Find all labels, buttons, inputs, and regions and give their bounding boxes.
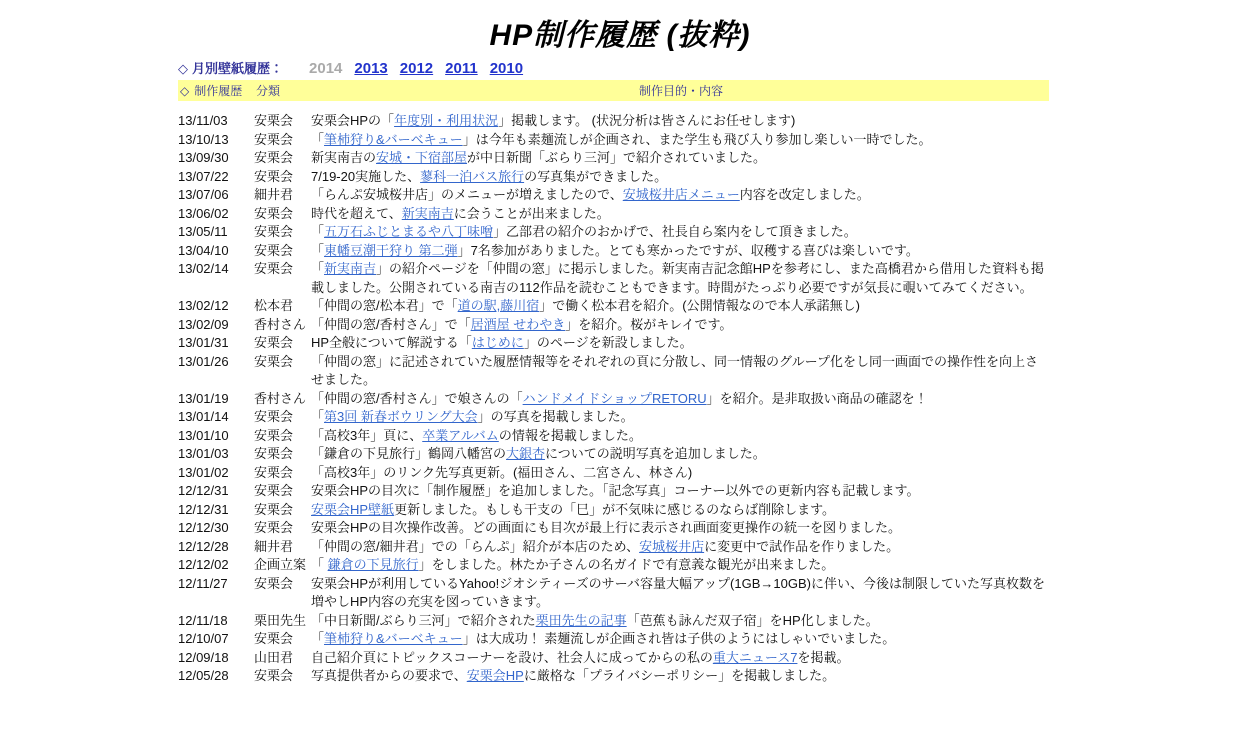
row-category: 安栗会 [254,112,311,131]
history-row: 13/01/31安栗会HP全般について解説する「はじめに」のページを新設しました… [178,334,1049,353]
row-date: 12/10/07 [178,630,254,649]
content-text: 」掲載します。 (状況分析は皆さんにお任せします) [498,113,795,128]
row-date: 13/01/03 [178,445,254,464]
content-link[interactable]: 東幡豆潮干狩り 第二弾 [324,243,458,258]
content-link[interactable]: 安栗会HP [467,668,524,683]
content-text: 「 [311,224,324,239]
history-row: 13/05/11安栗会「五万石ふじとまるや八丁味噌」乙部君の紹介のおかげで、社長… [178,223,1049,242]
content-text: に厳格な「プライバシーポリシー」を掲載しました。 [524,668,835,683]
row-content: 写真提供者からの要求で、安栗会HPに厳格な「プライバシーポリシー」を掲載しました… [311,667,1049,686]
content-text: 」で働く松本君を紹介。(公開情報なので本人承諾無し) [539,298,860,313]
row-category: 安栗会 [254,131,311,150]
content-text: HP全般について解説する「 [311,335,472,350]
row-category: 安栗会 [254,427,311,446]
content-text: 「らんぷ安城桜井店」のメニューが増えましたので、 [311,187,623,202]
content-link[interactable]: 重大ニュース7 [713,650,798,665]
content-text: 安栗会HPの目次操作改善。どの画面にも目次が最上行に表示され画面変更操作の統一を… [311,520,901,535]
row-content: 「 鎌倉の下見旅行」をしました。林たか子さんの名ガイドで有意義な観光が出来ました… [311,556,1049,575]
row-date: 13/01/26 [178,353,254,372]
category-header-cell: 分類 [256,82,313,99]
content-text: 」の写真を掲載しました。 [478,409,634,424]
content-text: 内容を改定しました。 [740,187,870,202]
row-date: 13/07/22 [178,168,254,187]
content-link[interactable]: 五万石ふじとまるや八丁味噌 [324,224,493,239]
row-date: 13/05/11 [178,223,254,242]
row-date: 13/01/19 [178,390,254,409]
content-link[interactable]: 鎌倉の下見旅行 [328,557,419,572]
content-text: 「 [311,557,328,572]
history-row: 12/12/28細井君「仲間の窓/細井君」での「らんぷ」紹介が本店のため、安城桜… [178,538,1049,557]
row-date: 13/07/06 [178,186,254,205]
row-category: 安栗会 [254,223,311,242]
row-content: 自己紹介頁にトピックスコーナーを設け、社会人に成ってからの私の重大ニュース7を掲… [311,649,1049,668]
content-link[interactable]: 安城桜井店 [639,539,704,554]
row-content: 安栗会HPが利用しているYahoo!ジオシティーズのサーバ容量大幅アップ(1GB… [311,575,1049,612]
row-category: 細井君 [254,538,311,557]
row-category: 安栗会 [254,445,311,464]
content-link[interactable]: 安栗会HP壁紙 [311,502,394,517]
row-content: 「筆柿狩り&バーベキュー」は今年も素麺流しが企画され、また学生も飛び入り参加し楽… [311,131,1049,150]
row-category: 安栗会 [254,482,311,501]
row-category: 安栗会 [254,501,311,520]
row-date: 12/05/28 [178,667,254,686]
content-text: 「 [311,243,324,258]
content-text: 」を紹介。桜がキレイです。 [565,317,732,332]
row-content: 「らんぷ安城桜井店」のメニューが増えましたので、安城桜井店メニュー内容を改定しま… [311,186,1049,205]
row-category: 安栗会 [254,408,311,427]
row-date: 13/02/12 [178,297,254,316]
content-link[interactable]: 年度別・利用状況 [394,113,498,128]
year-link-2013[interactable]: 2013 [354,60,387,77]
content-text: 「芭蕉も詠んだ双子宿」をHP化しました。 [627,613,879,628]
row-date: 13/10/13 [178,131,254,150]
row-category: 安栗会 [254,149,311,168]
history-row: 12/11/27安栗会安栗会HPが利用しているYahoo!ジオシティーズのサーバ… [178,575,1049,612]
history-row: 12/10/07安栗会「筆柿狩り&バーベキュー」は大成功！ 素麺流しが企画され皆… [178,630,1049,649]
content-link[interactable]: 新実南吉 [324,261,376,276]
row-category: 山田君 [254,649,311,668]
history-row: 12/11/18栗田先生「中日新聞/ぶらり三河」で紹介された栗田先生の記事「芭蕉… [178,612,1049,631]
content-text: を掲載。 [797,650,849,665]
content-link[interactable]: 栗田先生の記事 [536,613,627,628]
content-text: 「鎌倉の下見旅行」鶴岡八幡宮の [311,446,506,461]
content-text: 「 [311,132,324,147]
row-category: 栗田先生 [254,612,311,631]
row-content: 安栗会HP壁紙更新しました。もしも干支の「巳」が不気味に感じるのならば削除します… [311,501,1049,520]
content-text: 」をしました。林たか子さんの名ガイドで有意義な観光が出来ました。 [419,557,835,572]
content-text: 「高校3年」のリンク先写真更新。(福田さん、二宮さん、林さん) [311,465,692,480]
main-content: ◇ 月別壁紙履歴： 20142013201220112010 ◇制作履歴 分類 … [178,58,1049,686]
history-row: 12/12/02企画立案「 鎌倉の下見旅行」をしました。林たか子さんの名ガイドで… [178,556,1049,575]
row-date: 13/06/02 [178,205,254,224]
content-link[interactable]: 新実南吉 [402,206,454,221]
history-row: 13/09/30安栗会新実南吉の安城・下宿部屋が中日新聞「ぶらり三河」で紹介され… [178,149,1049,168]
row-date: 13/04/10 [178,242,254,261]
row-content: 「第3回 新春ボウリング大会」の写真を掲載しました。 [311,408,1049,427]
content-link[interactable]: 大銀杏 [506,446,545,461]
content-link[interactable]: 安城・下宿部屋 [376,150,467,165]
content-text: 「仲間の窓」に記述されていた履歴情報等をそれぞれの頁に分散し、同一情報のグループ… [311,354,1038,388]
content-link[interactable]: ハンドメイドショップRETORU [523,391,707,406]
row-date: 12/12/31 [178,501,254,520]
history-row: 13/02/09香村さん「仲間の窓/香村さん」で「居酒屋 せわやき」を紹介。桜が… [178,316,1049,335]
history-row: 13/01/26安栗会「仲間の窓」に記述されていた履歴情報等をそれぞれの頁に分散… [178,353,1049,390]
content-link[interactable]: 道の駅,藤川宿 [458,298,540,313]
diamond-icon: ◇ [178,61,188,77]
row-content: 「仲間の窓/松本君」で「道の駅,藤川宿」で働く松本君を紹介。(公開情報なので本人… [311,297,1049,316]
content-text: 」を紹介。是非取扱い商品の確認を！ [707,391,928,406]
row-category: 香村さん [254,390,311,409]
content-text: が中日新聞「ぶらり三河」で紹介されていました。 [467,150,766,165]
content-link[interactable]: 蓼科一泊バス旅行 [420,169,524,184]
row-date: 13/01/10 [178,427,254,446]
history-table: 13/11/03安栗会安栗会HPの「年度別・利用状況」掲載します。 (状況分析は… [178,101,1049,686]
content-text: 「 [311,409,324,424]
row-content: 安栗会HPの目次に「制作履歴」を追加しました。「記念写真」コーナー以外での更新内… [311,482,1049,501]
history-row: 13/02/14安栗会「新実南吉」の紹介ページを「仲間の窓」に掲示しました。新実… [178,260,1049,297]
history-row: 13/07/22安栗会7/19-20実施した、蓼科一泊バス旅行の写真集ができまし… [178,168,1049,187]
history-header-cell: ◇制作履歴 [180,82,256,99]
history-row: 13/07/06細井君「らんぷ安城桜井店」のメニューが増えましたので、安城桜井店… [178,186,1049,205]
content-text: 写真提供者からの要求で、 [311,668,467,683]
content-text: 「仲間の窓/細井君」での「らんぷ」紹介が本店のため、 [311,539,639,554]
content-text: 」7名参加がありました。とても寒かったですが、収穫する喜びは楽しいです。 [458,243,919,258]
history-row: 13/06/02安栗会時代を超えて、新実南吉に会うことが出来ました。 [178,205,1049,224]
row-category: 安栗会 [254,260,311,279]
row-content: 「東幡豆潮干狩り 第二弾」7名参加がありました。とても寒かったですが、収穫する喜… [311,242,1049,261]
content-text: 時代を超えて、 [311,206,402,221]
row-date: 12/11/27 [178,575,254,594]
row-content: 新実南吉の安城・下宿部屋が中日新聞「ぶらり三河」で紹介されていました。 [311,149,1049,168]
row-date: 13/11/03 [178,112,254,131]
row-content: 安栗会HPの「年度別・利用状況」掲載します。 (状況分析は皆さんにお任せします) [311,112,1049,131]
row-content: 「筆柿狩り&バーベキュー」は大成功！ 素麺流しが企画され皆は子供のようにはしゃい… [311,630,1049,649]
row-category: 安栗会 [254,205,311,224]
row-date: 13/01/14 [178,408,254,427]
history-row: 13/11/03安栗会安栗会HPの「年度別・利用状況」掲載します。 (状況分析は… [178,112,1049,131]
row-content: HP全般について解説する「はじめに」のページを新設しました。 [311,334,1049,353]
row-category: 安栗会 [254,334,311,353]
content-text: 」は大成功！ 素麺流しが企画され皆は子供のようにはしゃいでいました。 [463,631,896,646]
row-content: 「五万石ふじとまるや八丁味噌」乙部君の紹介のおかげで、社長自ら案内をして頂きまし… [311,223,1049,242]
content-text: 「中日新聞/ぶらり三河」で紹介された [311,613,536,628]
row-category: 安栗会 [254,353,311,372]
year-link-2011[interactable]: 2011 [445,60,478,77]
content-link[interactable]: 卒業アルバム [422,428,499,443]
row-content: 時代を超えて、新実南吉に会うことが出来ました。 [311,205,1049,224]
row-date: 12/11/18 [178,612,254,631]
row-category: 安栗会 [254,464,311,483]
row-date: 12/12/31 [178,482,254,501]
content-header-cell: 制作目的・内容 [313,82,1049,99]
row-category: 松本君 [254,297,311,316]
row-date: 13/02/09 [178,316,254,335]
content-text: に変更中で試作品を作りました。 [704,539,899,554]
content-text: 「仲間の窓/香村さん」で「 [311,317,471,332]
row-content: 「中日新聞/ぶらり三河」で紹介された栗田先生の記事「芭蕉も詠んだ双子宿」をHP化… [311,612,1049,631]
content-text: 「仲間の窓/松本君」で「 [311,298,458,313]
history-header-label: 制作履歴 [194,84,242,98]
content-link[interactable]: はじめに [472,335,524,350]
content-text: 新実南吉の [311,150,376,165]
content-link[interactable]: 安城桜井店メニュー [623,187,740,202]
content-text: 更新しました。もしも干支の「巳」が不気味に感じるのならば削除します。 [394,502,835,517]
content-text: 「 [311,631,324,646]
row-category: 安栗会 [254,242,311,261]
row-content: 7/19-20実施した、蓼科一泊バス旅行の写真集ができました。 [311,168,1049,187]
wallpaper-history-label: 月別壁紙履歴： [192,58,283,77]
row-content: 「仲間の窓/細井君」での「らんぷ」紹介が本店のため、安城桜井店に変更中で試作品を… [311,538,1049,557]
row-date: 12/09/18 [178,649,254,668]
row-category: 安栗会 [254,667,311,686]
row-date: 13/01/02 [178,464,254,483]
row-date: 13/09/30 [178,149,254,168]
row-content: 「仲間の窓/香村さん」で娘さんの「ハンドメイドショップRETORU」を紹介。是非… [311,390,1049,409]
row-category: 安栗会 [254,575,311,594]
row-date: 12/12/28 [178,538,254,557]
row-category: 企画立案 [254,556,311,575]
history-row: 13/01/10安栗会「高校3年」頁に、卒業アルバムの情報を掲載しました。 [178,427,1049,446]
content-text: 安栗会HPの目次に「制作履歴」を追加しました。「記念写真」コーナー以外での更新内… [311,483,920,498]
content-text: 」は今年も素麺流しが企画され、また学生も飛び入り参加し楽しい一時でした。 [463,132,932,147]
history-row: 12/09/18山田君自己紹介頁にトピックスコーナーを設け、社会人に成ってからの… [178,649,1049,668]
history-row: 13/02/12松本君「仲間の窓/松本君」で「道の駅,藤川宿」で働く松本君を紹介… [178,297,1049,316]
history-row: 13/01/03安栗会「鎌倉の下見旅行」鶴岡八幡宮の大銀杏についての説明写真を追… [178,445,1049,464]
content-text: 「仲間の窓/香村さん」で娘さんの「 [311,391,523,406]
row-date: 12/12/02 [178,556,254,575]
row-date: 13/01/31 [178,334,254,353]
content-text: 「 [311,261,324,276]
history-row: 13/01/02安栗会「高校3年」のリンク先写真更新。(福田さん、二宮さん、林さ… [178,464,1049,483]
content-text: 安栗会HPの「 [311,113,394,128]
row-content: 「新実南吉」の紹介ページを「仲間の窓」に掲示しました。新実南吉記念館HPを参考に… [311,260,1049,297]
row-content: 「仲間の窓」に記述されていた履歴情報等をそれぞれの頁に分散し、同一情報のグループ… [311,353,1049,390]
row-category: 細井君 [254,186,311,205]
row-category: 安栗会 [254,630,311,649]
row-content: 安栗会HPの目次操作改善。どの画面にも目次が最上行に表示され画面変更操作の統一を… [311,519,1049,538]
year-link-2012[interactable]: 2012 [400,60,433,77]
row-content: 「鎌倉の下見旅行」鶴岡八幡宮の大銀杏についての説明写真を追加しました。 [311,445,1049,464]
wallpaper-year-links: 20142013201220112010 [309,60,523,77]
history-row: 13/04/10安栗会「東幡豆潮干狩り 第二弾」7名参加がありました。とても寒か… [178,242,1049,261]
content-link[interactable]: 居酒屋 せわやき [471,317,566,332]
history-row: 12/12/31安栗会安栗会HPの目次に「制作履歴」を追加しました。「記念写真」… [178,482,1049,501]
history-row: 12/12/30安栗会安栗会HPの目次操作改善。どの画面にも目次が最上行に表示さ… [178,519,1049,538]
content-text: の情報を掲載しました。 [499,428,642,443]
row-date: 13/02/14 [178,260,254,279]
page-title: HP制作履歴 (抜粋) [0,10,1240,54]
content-link[interactable]: 筆柿狩り&バーベキュー [324,631,463,646]
content-text: 7/19-20実施した、 [311,169,420,184]
row-content: 「高校3年」のリンク先写真更新。(福田さん、二宮さん、林さん) [311,464,1049,483]
content-text: 安栗会HPが利用しているYahoo!ジオシティーズのサーバ容量大幅アップ(1GB… [311,576,1045,610]
row-category: 香村さん [254,316,311,335]
content-text: 」乙部君の紹介のおかげで、社長自ら案内をして頂きました。 [493,224,857,239]
content-text: についての説明写真を追加しました。 [545,446,766,461]
year-current-2014: 2014 [309,60,342,77]
content-text: 自己紹介頁にトピックスコーナーを設け、社会人に成ってからの私の [311,650,713,665]
diamond-icon: ◇ [180,84,189,98]
content-link[interactable]: 第3回 新春ボウリング大会 [324,409,478,424]
content-text: 」の紹介ページを「仲間の窓」に掲示しました。新実南吉記念館HPを参考にし、また高… [311,261,1044,295]
content-text: に会うことが出来ました。 [454,206,610,221]
row-category: 安栗会 [254,168,311,187]
history-row: 13/01/19香村さん「仲間の窓/香村さん」で娘さんの「ハンドメイドショップR… [178,390,1049,409]
row-category: 安栗会 [254,519,311,538]
history-row: 12/12/31安栗会安栗会HP壁紙更新しました。もしも干支の「巳」が不気味に感… [178,501,1049,520]
wallpaper-history-nav: ◇ 月別壁紙履歴： 20142013201220112010 [178,58,1049,77]
history-row: 12/05/28安栗会写真提供者からの要求で、安栗会HPに厳格な「プライバシーポ… [178,667,1049,686]
history-row: 13/01/14安栗会「第3回 新春ボウリング大会」の写真を掲載しました。 [178,408,1049,427]
year-link-2010[interactable]: 2010 [490,60,523,77]
row-content: 「仲間の窓/香村さん」で「居酒屋 せわやき」を紹介。桜がキレイです。 [311,316,1049,335]
content-text: 「高校3年」頁に、 [311,428,422,443]
row-date: 12/12/30 [178,519,254,538]
content-text: の写真集ができました。 [524,169,667,184]
history-table-header: ◇制作履歴 分類 制作目的・内容 [178,80,1049,101]
content-text: 」のページを新設しました。 [524,335,693,350]
row-content: 「高校3年」頁に、卒業アルバムの情報を掲載しました。 [311,427,1049,446]
history-row: 13/10/13安栗会「筆柿狩り&バーベキュー」は今年も素麺流しが企画され、また… [178,131,1049,150]
content-link[interactable]: 筆柿狩り&バーベキュー [324,132,463,147]
